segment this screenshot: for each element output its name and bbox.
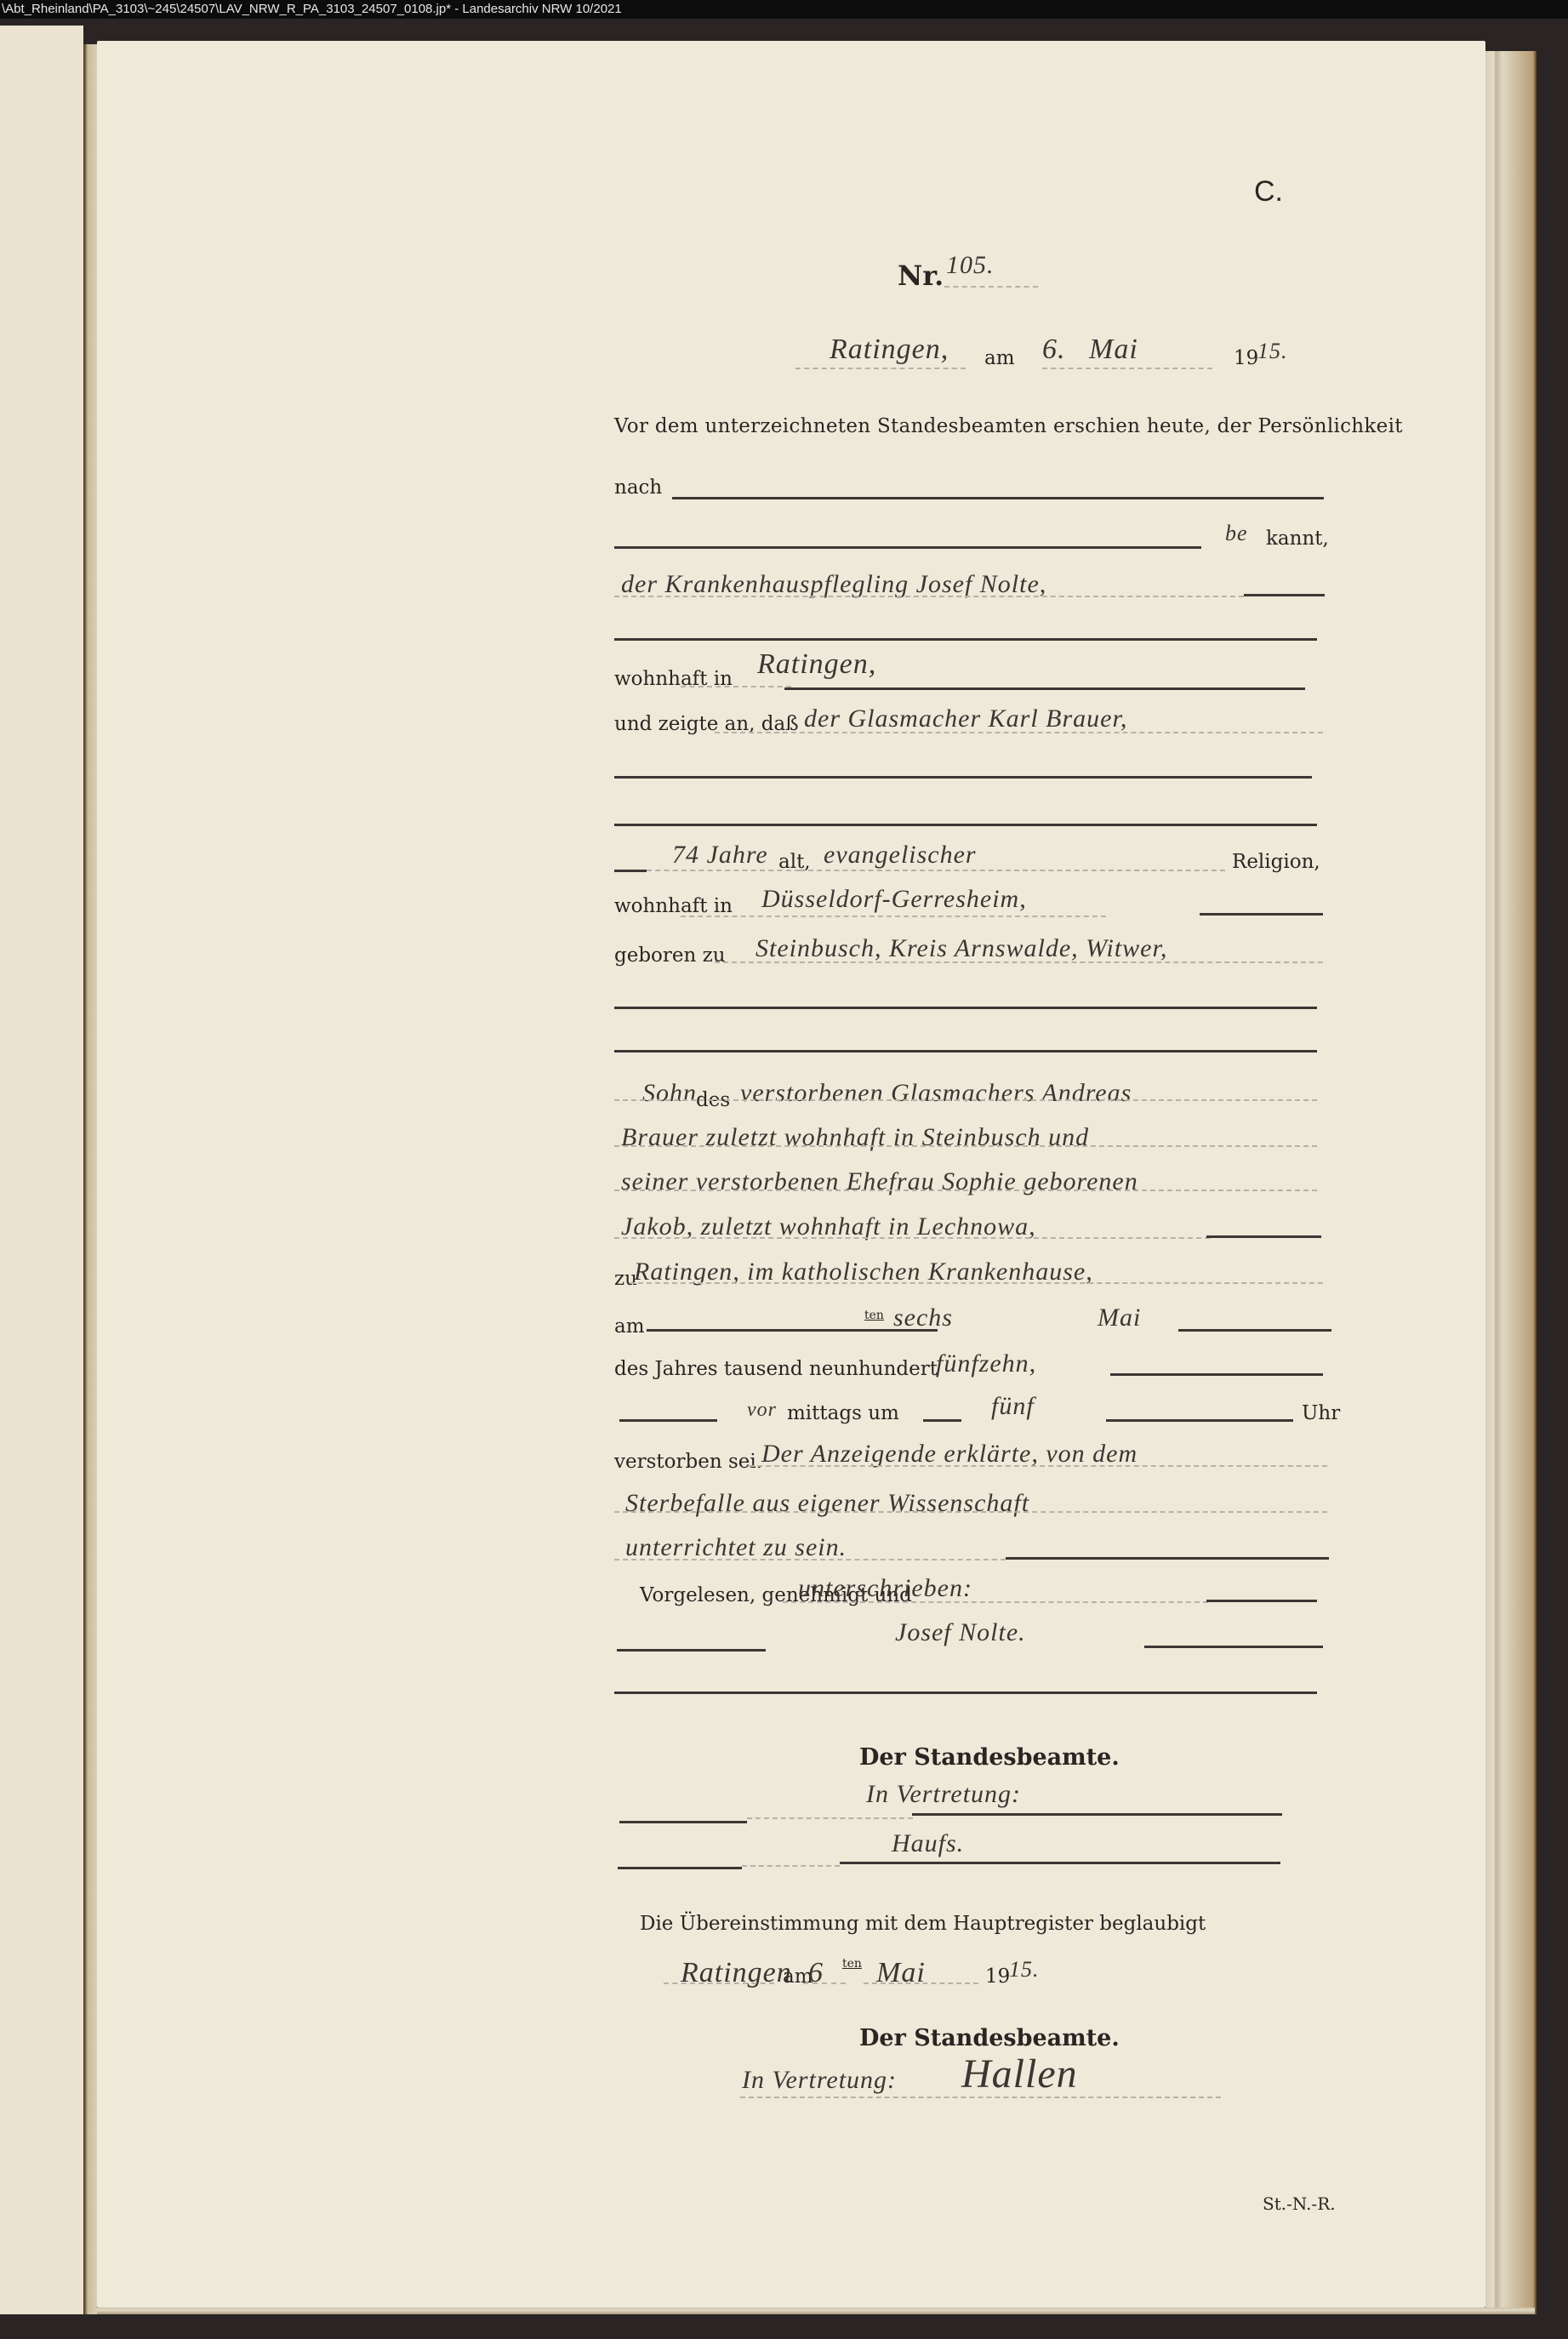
cert-ten-suffix: ten [842,1957,862,1971]
parents-line2: Brauer zuletzt wohnhaft in Steinbusch un… [621,1123,1089,1152]
date-month: Mai [1089,334,1138,366]
statement-dotted-line [749,1465,1327,1467]
statement-dotted-line [614,1511,1327,1513]
statement-line1: Der Anzeigende erklärte, von dem [761,1440,1138,1469]
signature-dotted-line [742,1865,840,1867]
cert-month: Mai [876,1957,926,1989]
ten-suffix: ten [864,1309,884,1322]
bekannt-label: kannt, [1266,528,1329,550]
cert-place: Ratingen [681,1957,792,1989]
jahres-label: des Jahres tausend neunhundert [614,1358,938,1380]
cert-year-suffix: 15. [1009,1957,1040,1982]
geboren-label: geboren zu [614,944,726,967]
parents-sohn: Sohn [642,1079,697,1108]
blank-line [1244,594,1325,596]
cert-place-dotted-line [664,1982,774,1984]
deceased-name: der Glasmacher Karl Brauer, [804,705,1127,733]
death-record-form: C. Nr. 105. Ratingen, am 6. Mai 19 15. V… [0,0,1568,2339]
blank-line [672,497,1324,499]
certification-text: Die Übereinstimmung mit dem Hauptregiste… [640,1913,1206,1935]
year-prefix: 19 [1234,347,1258,369]
footer-mark: St.-N.-R. [1263,2194,1336,2214]
birthplace: Steinbusch, Kreis Arnswalde, Witwer, [755,934,1167,963]
corner-mark: C. [1254,175,1283,208]
vor-prefix: vor [747,1399,777,1422]
death-place-dotted-line [630,1282,1323,1284]
religion-value: evangelischer [824,841,977,870]
informant-residence: Ratingen, [757,648,876,681]
deceased-residence-label: wohnhaft in [614,895,733,917]
blank-line [1206,1235,1321,1238]
official-heading: Der Standesbeamte. [859,1744,1120,1771]
blank-line [912,1813,1282,1816]
blank-line [614,870,647,872]
blank-line [619,1419,717,1422]
age: 74 Jahre [672,841,768,870]
religion-label: Religion, [1232,851,1320,873]
blank-line [1106,1419,1293,1422]
official2-dotted-line [740,2097,1221,2098]
parents-dotted-line [614,1237,1210,1239]
year-suffix: 15. [1257,339,1288,364]
official-vertretung: In Vertretung: [866,1780,1021,1809]
nach-label: nach [614,476,662,499]
am-label: am [984,347,1015,369]
blank-line [1200,913,1323,916]
parents-dotted-line [614,1145,1317,1147]
place-dotted-line [795,368,966,369]
blank-line [614,638,1317,641]
cert-day: 6 [808,1957,824,1989]
birthplace-dotted-line [715,961,1323,963]
intro-text: Vor dem unterzeichneten Standesbeamten e… [614,415,1403,437]
signature-dotted-line [783,1601,1208,1603]
deceased-dotted-line [715,732,1323,733]
official2-signature: Hallen [961,2051,1078,2097]
parents-father: verstorbenen Glasmachers Andreas [740,1079,1132,1108]
blank-line [619,1821,747,1823]
blank-line [1206,1600,1317,1602]
cert-month-dotted-line [864,1982,978,1984]
blank-line [617,1649,766,1652]
nr-dotted-line [944,286,1038,288]
informant-signature: Josef Nolte. [895,1618,1026,1647]
blank-line [614,1050,1317,1053]
residence-dotted-line [681,686,791,687]
cert-year-prefix: 19 [985,1965,1010,1988]
official2-vertretung: In Vertretung: [742,2066,897,2095]
official-signature: Haufs. [892,1829,964,1858]
blank-line [1144,1646,1323,1648]
am-label: am [614,1315,645,1338]
statement-dotted-line [614,1559,1006,1560]
vertretung-dotted-line [747,1817,913,1819]
nr-label: Nr. [898,260,944,292]
unterschrieben: unterschrieben: [798,1574,972,1603]
blank-line [614,546,1201,549]
blank-line [614,1007,1317,1009]
blank-line [1006,1557,1329,1560]
parents-line3: seiner verstorbenen Ehefrau Sophie gebor… [621,1167,1138,1196]
bekannt-prefix: be [1225,521,1248,546]
informant-dotted-line [614,596,1244,597]
blank-line [618,1867,742,1869]
age-dotted-line [647,870,800,871]
blank-line [614,1691,1317,1694]
death-hour: fünf [991,1392,1035,1421]
religion-dotted-line [800,870,1225,871]
verstorben-label: verstorben sei. [614,1451,762,1473]
parents-dotted-line [614,1189,1317,1191]
date-dotted-line [1042,368,1212,369]
death-month: Mai [1098,1304,1141,1332]
place: Ratingen, [830,334,949,366]
death-day: sechs [893,1304,953,1332]
statement-line2: Sterbefalle aus eigener Wissenschaft [625,1489,1029,1518]
blank-line [840,1862,1280,1864]
parents-dotted-line [614,1099,1317,1101]
deceased-residence-dotted-line [681,916,1106,917]
informant-name: der Krankenhauspflegling Josef Nolte, [621,570,1046,599]
blank-line [784,687,1305,690]
blank-line [614,776,1312,779]
statement-line3: unterrichtet zu sein. [625,1533,847,1562]
blank-line [1110,1373,1323,1376]
uhr-label: Uhr [1302,1402,1340,1424]
cert-day-dotted-line [803,1982,846,1984]
nr-value: 105. [946,251,995,280]
death-year: fünfzehn, [936,1349,1036,1378]
blank-line [1178,1329,1331,1332]
blank-line [923,1419,961,1422]
mittags-label: mittags um [787,1402,899,1424]
official2-heading: Der Standesbeamte. [859,2025,1120,2051]
blank-line [614,824,1317,826]
deceased-residence: Düsseldorf-Gerresheim, [761,885,1027,914]
date-day: 6. [1042,334,1066,366]
